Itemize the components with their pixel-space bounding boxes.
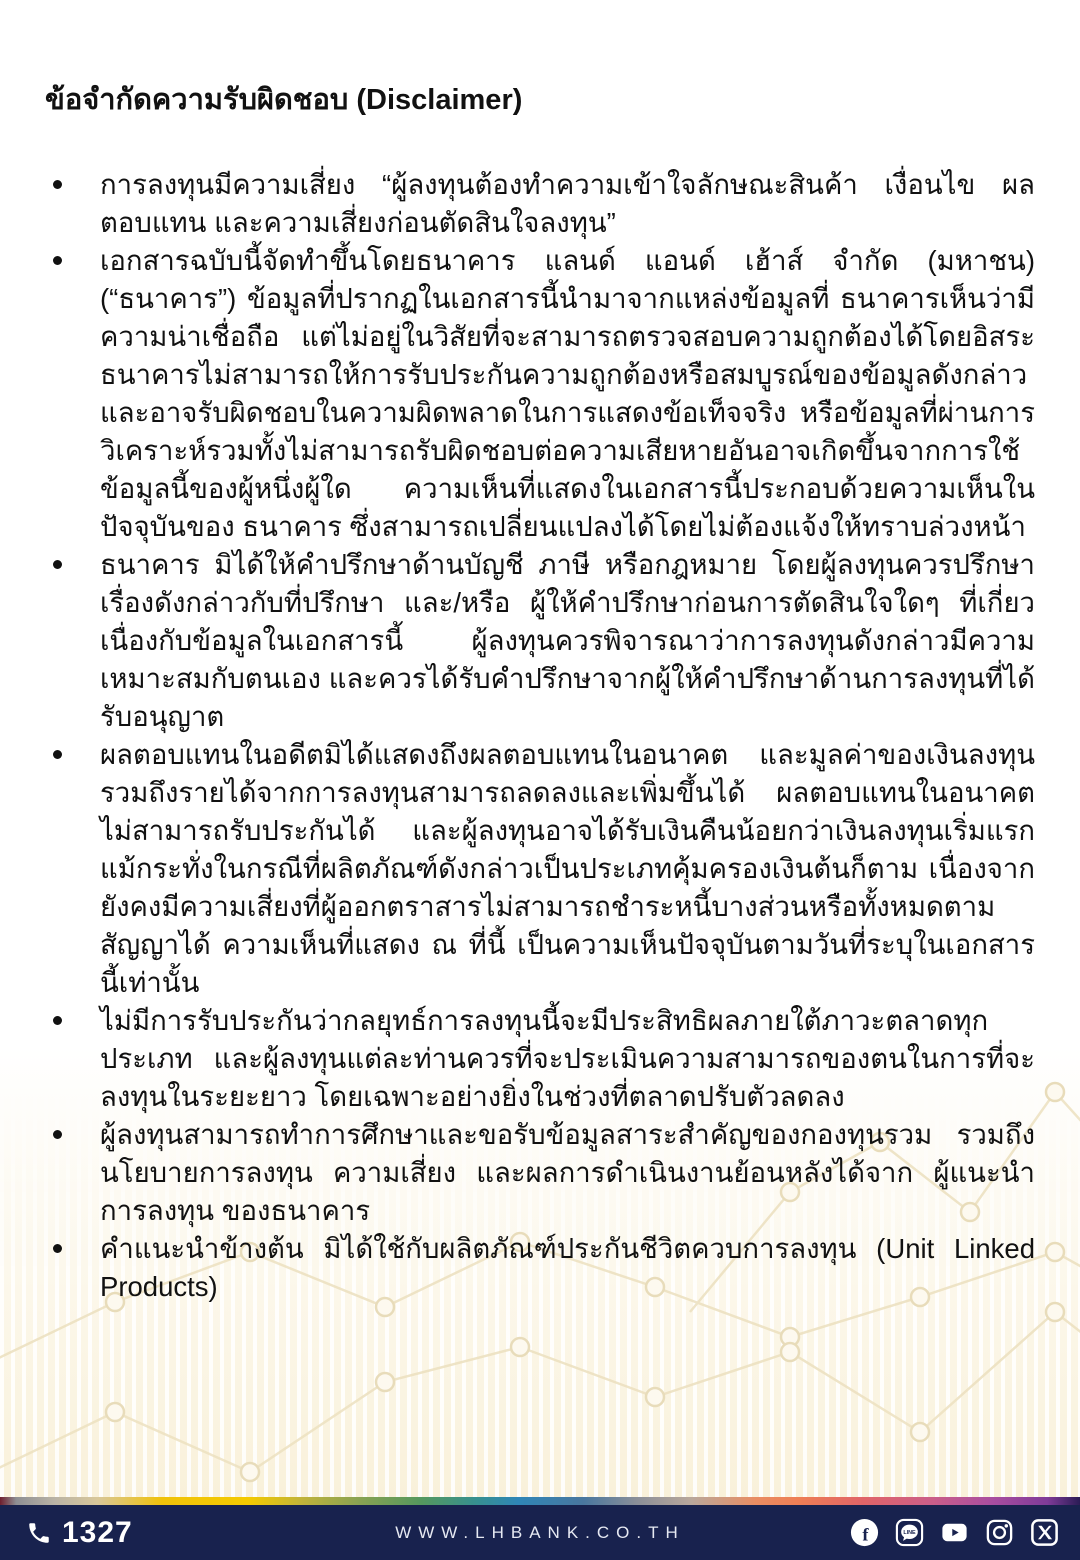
bullet-text: เอกสารฉบับนี้จัดทำขึ้นโดยธนาคาร แลนด์ แอ… (100, 245, 1035, 542)
disclaimer-bullet: ไม่มีการรับประกันว่ากลยุทธ์การลงทุนนี้จะ… (45, 1002, 1035, 1116)
bullet-marker (53, 180, 62, 189)
disclaimer-bullet: ผลตอบแทนในอดีตมิได้แสดงถึงผลตอบแทนในอนาค… (45, 736, 1035, 1002)
disclaimer-bullet: การลงทุนมีความเสี่ยง “ผู้ลงทุนต้องทำความ… (45, 166, 1035, 242)
disclaimer-bullet: เอกสารฉบับนี้จัดทำขึ้นโดยธนาคาร แลนด์ แอ… (45, 242, 1035, 546)
bullet-text: ธนาคาร มิได้ให้คำปรึกษาด้านบัญชี ภาษี หร… (100, 549, 1035, 732)
svg-text:LINE: LINE (903, 1530, 916, 1536)
bullet-marker (53, 560, 62, 569)
bullet-text: ผลตอบแทนในอดีตมิได้แสดงถึงผลตอบแทนในอนาค… (100, 739, 1035, 998)
disclaimer-bullet: ผู้ลงทุนสามารถทำการศึกษาและขอรับข้อมูลสา… (45, 1116, 1035, 1230)
footer-bar: 1327 WWW.LHBANK.CO.TH f LINE (0, 1505, 1080, 1560)
bullet-text: ผู้ลงทุนสามารถทำการศึกษาและขอรับข้อมูลสา… (100, 1119, 1035, 1226)
bullet-marker (53, 1130, 62, 1139)
bullet-text: คำแนะนำข้างต้น มิได้ใช้กับผลิตภัณฑ์ประกั… (100, 1233, 1035, 1302)
disclaimer-bullet: ธนาคาร มิได้ให้คำปรึกษาด้านบัญชี ภาษี หร… (45, 546, 1035, 736)
rainbow-divider (0, 1497, 1080, 1505)
line-icon[interactable]: LINE (894, 1517, 925, 1548)
svg-text:f: f (862, 1524, 869, 1544)
bullet-marker (53, 1244, 62, 1253)
x-icon[interactable] (1029, 1517, 1060, 1548)
bullet-text: การลงทุนมีความเสี่ยง “ผู้ลงทุนต้องทำความ… (100, 169, 1035, 238)
bullet-text: ไม่มีการรับประกันว่ากลยุทธ์การลงทุนนี้จะ… (100, 1005, 1035, 1112)
bullet-marker (53, 256, 62, 265)
disclaimer-page: ข้อจำกัดความรับผิดชอบ (Disclaimer) การลง… (0, 0, 1080, 1560)
bullet-marker (53, 750, 62, 759)
bullet-marker (53, 1016, 62, 1025)
page-title: ข้อจำกัดความรับผิดชอบ (Disclaimer) (45, 76, 1035, 122)
instagram-icon[interactable] (984, 1517, 1015, 1548)
disclaimer-bullet-list: การลงทุนมีความเสี่ยง “ผู้ลงทุนต้องทำความ… (45, 166, 1035, 1306)
social-links: f LINE (849, 1505, 1060, 1560)
disclaimer-bullet: คำแนะนำข้างต้น มิได้ใช้กับผลิตภัณฑ์ประกั… (45, 1230, 1035, 1306)
disclaimer-content: ข้อจำกัดความรับผิดชอบ (Disclaimer) การลง… (45, 76, 1035, 1306)
youtube-icon[interactable] (939, 1517, 970, 1548)
facebook-icon[interactable]: f (849, 1517, 880, 1548)
